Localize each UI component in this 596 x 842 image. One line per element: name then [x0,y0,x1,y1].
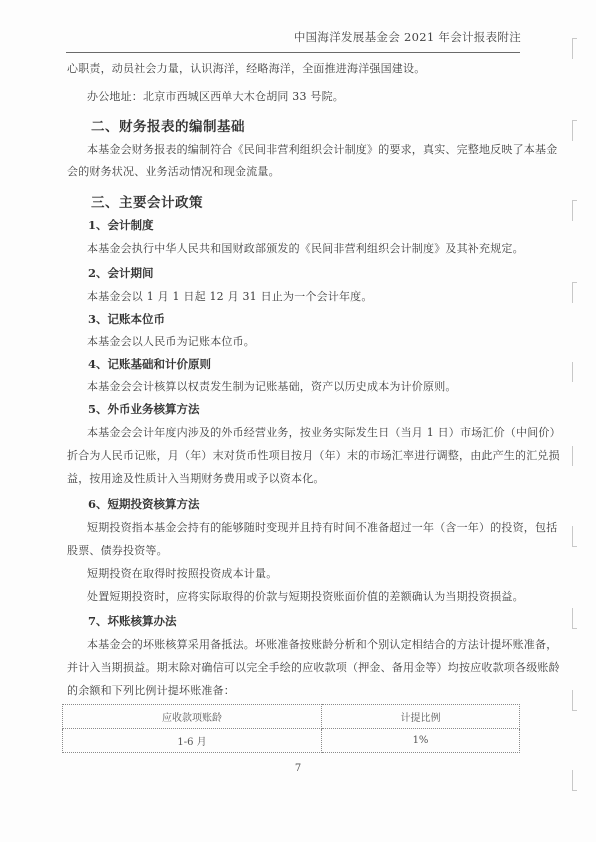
binding-mark [572,526,577,547]
policy-6-title: 6、短期投资核算方法 [88,496,200,512]
page-number: 7 [0,763,596,774]
header-ratio: 计提比例 [322,705,520,729]
cell-aging: 1-6 月 [63,729,322,753]
binding-mark [572,200,577,221]
policy-2-title: 2、会计期间 [88,265,154,281]
intro-continuation: 心职责，动员社会力量，认识海洋，经略海洋，全面推进海洋强国建设。 [67,60,425,76]
binding-mark [572,770,577,791]
policy-7-line-3: 的余额和下列比例计提坏账准备： [67,682,235,698]
section-2-line-1: 本基金会财务报表的编制符合《民间非营利组织会计制度》的要求，真实、完整地反映了本… [87,141,557,157]
policy-4-title: 4、记账基础和计价原则 [88,356,211,372]
running-header: 中国海洋发展基金会 2021 年会计报表附注 [294,29,521,45]
policy-7-title: 7、坏账核算办法 [88,613,177,629]
policy-2-line-1: 本基金会以 1 月 1 日起 12 月 31 日止为一个会计年度。 [87,288,373,304]
office-address: 办公地址：北京市西城区西单大木仓胡同 33 号院。 [87,88,344,104]
policy-3-line-1: 本基金会以人民币为记账本位币。 [87,333,255,349]
policy-1-line-1: 本基金会执行中华人民共和国财政部颁发的《民间非营利组织会计制度》及其补充规定。 [87,240,524,256]
section-2-line-2: 会的财务状况、业务活动情况和现金流量。 [67,163,280,179]
policy-7-line-1: 本基金会的坏账核算采用备抵法。坏账准备按账龄分析和个别认定相结合的方法计提坏账准… [87,636,557,652]
cell-ratio: 1% [322,729,520,753]
policy-7-line-2: 并计入当期损益。期末除对确信可以完全手绘的应收款项（押金、备用金等）均按应收款项… [67,659,560,675]
section-3-title: 三、主要会计政策 [91,191,203,211]
policy-6-line-2: 股票、债券投资等。 [67,542,168,558]
document-page: 中国海洋发展基金会 2021 年会计报表附注 心职责，动员社会力量，认识海洋，经… [0,0,596,842]
policy-6-line-4: 处置短期投资时，应将实际取得的价款与短期投资账面价值的差额确认为当期投资损益。 [87,588,524,604]
table-row: 1-6 月 1% [63,729,520,753]
table-header-row: 应收款项账龄 计提比例 [63,705,520,729]
bad-debt-aging-table: 应收款项账龄 计提比例 1-6 月 1% [62,704,520,753]
binding-mark [572,446,577,466]
binding-mark [572,120,577,141]
binding-mark [572,608,577,629]
policy-1-title: 1、会计制度 [88,217,154,233]
policy-6-line-3: 短期投资在取得时按照投资成本计量。 [87,565,277,581]
header-aging: 应收款项账龄 [63,705,322,729]
policy-5-line-2: 折合为人民币记账，月（年）末对货币性项目按月（年）末的市场汇率进行调整，由此产生… [67,447,560,463]
policy-5-title: 5、外币业务核算方法 [88,401,200,417]
section-2-title: 二、财务报表的编制基础 [91,115,245,135]
binding-mark [572,362,577,382]
policy-5-line-1: 本基金会会计年度内涉及的外币经营业务，按业务实际发生日（当月 1 日）市场汇价（… [87,424,561,440]
policy-4-line-1: 本基金会会计核算以权责发生制为记账基础，资产以历史成本为计价原则。 [87,378,457,394]
policy-3-title: 3、记账本位币 [88,311,165,327]
policy-5-line-3: 益，按用途及性质计入当期财务费用或予以资本化。 [67,470,325,486]
header-rule [66,52,520,53]
binding-mark [572,38,577,59]
binding-mark [572,282,577,303]
policy-6-line-1: 短期投资指本基金会持有的能够随时变现并且持有时间不准备超过一年（含一年）的投资，… [87,519,557,535]
binding-mark [572,690,577,711]
